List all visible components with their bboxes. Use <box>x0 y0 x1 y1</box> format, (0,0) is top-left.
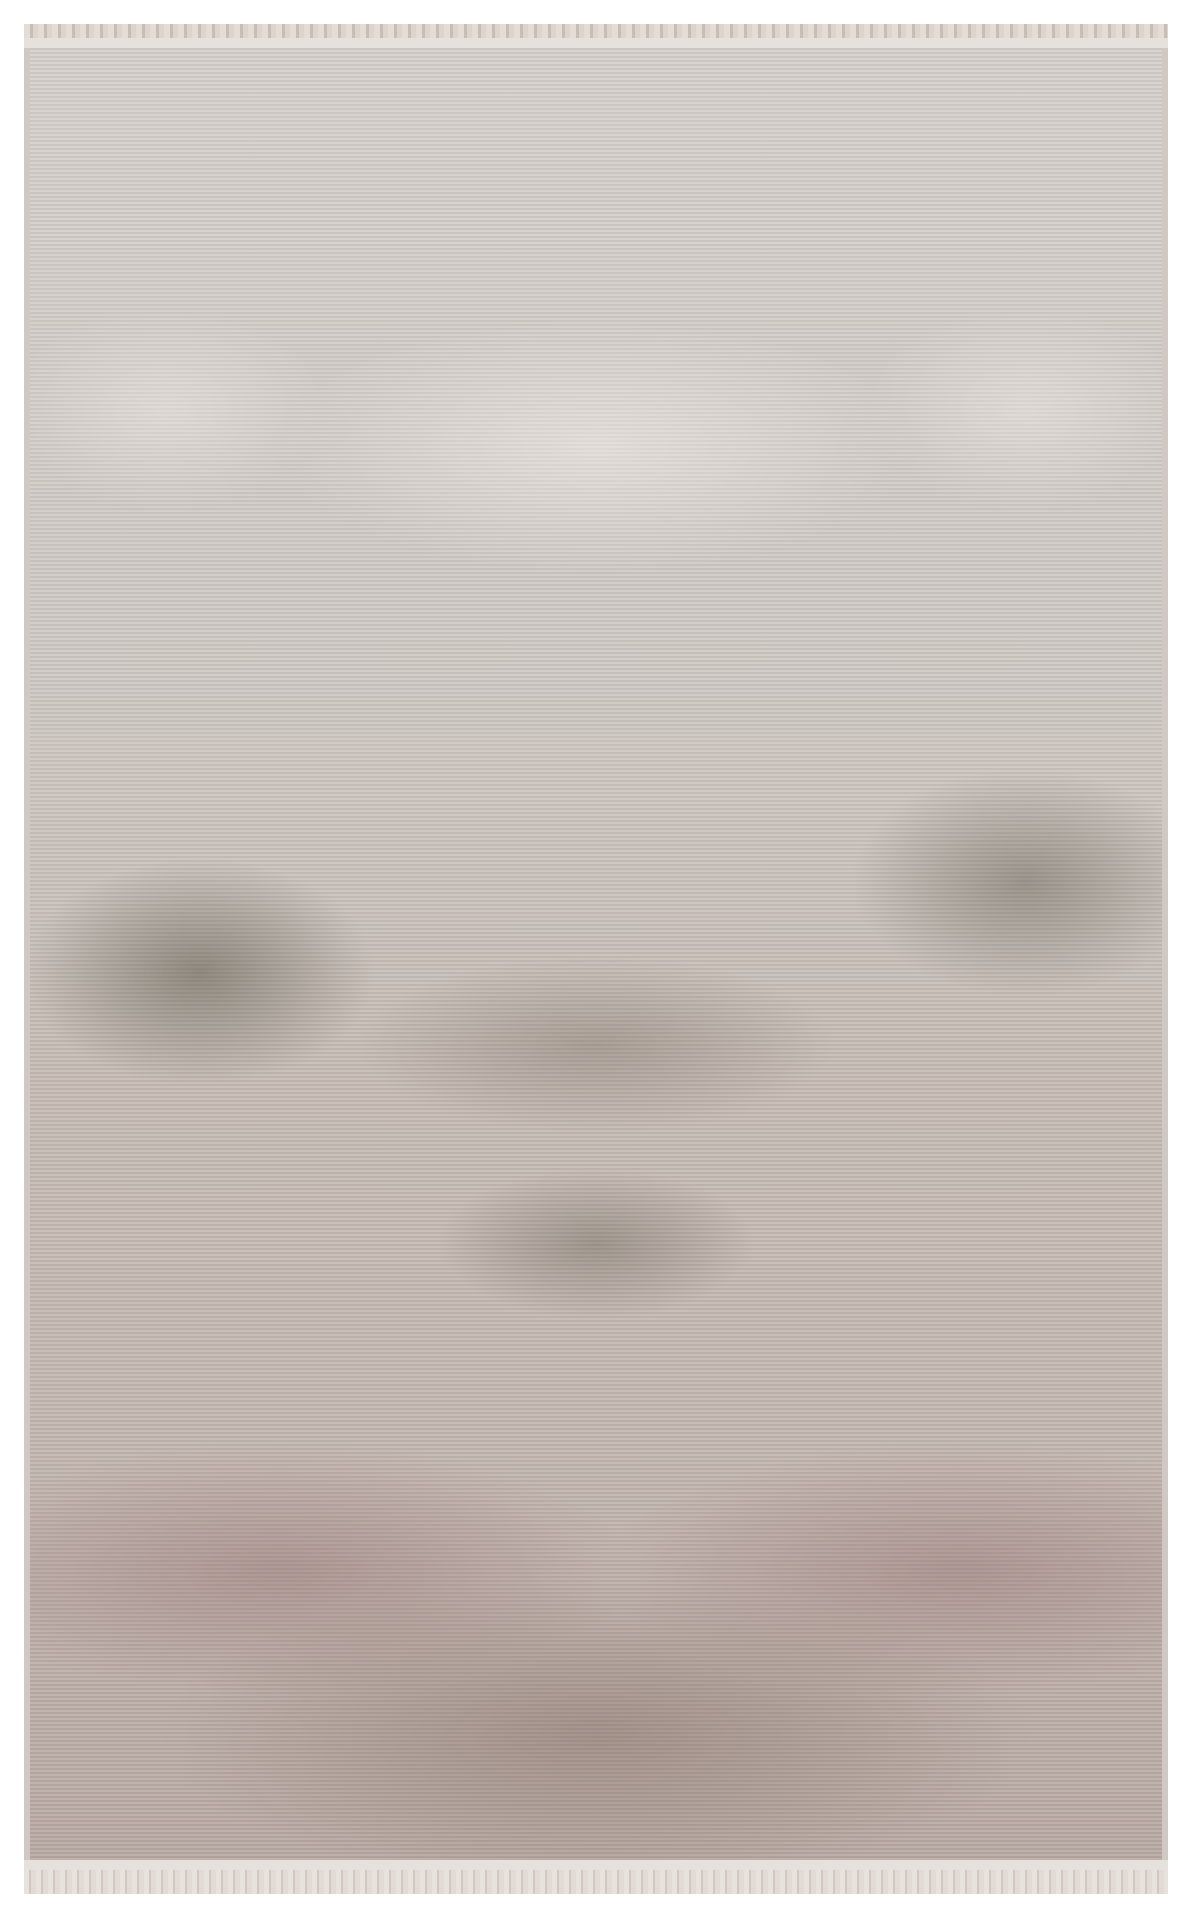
rug <box>24 24 1168 1894</box>
rug-field-pattern <box>30 48 1162 1860</box>
top-fringe <box>24 24 1168 38</box>
top-binding <box>24 38 1168 48</box>
bottom-binding <box>24 1860 1168 1870</box>
bottom-fringe <box>24 1870 1168 1894</box>
